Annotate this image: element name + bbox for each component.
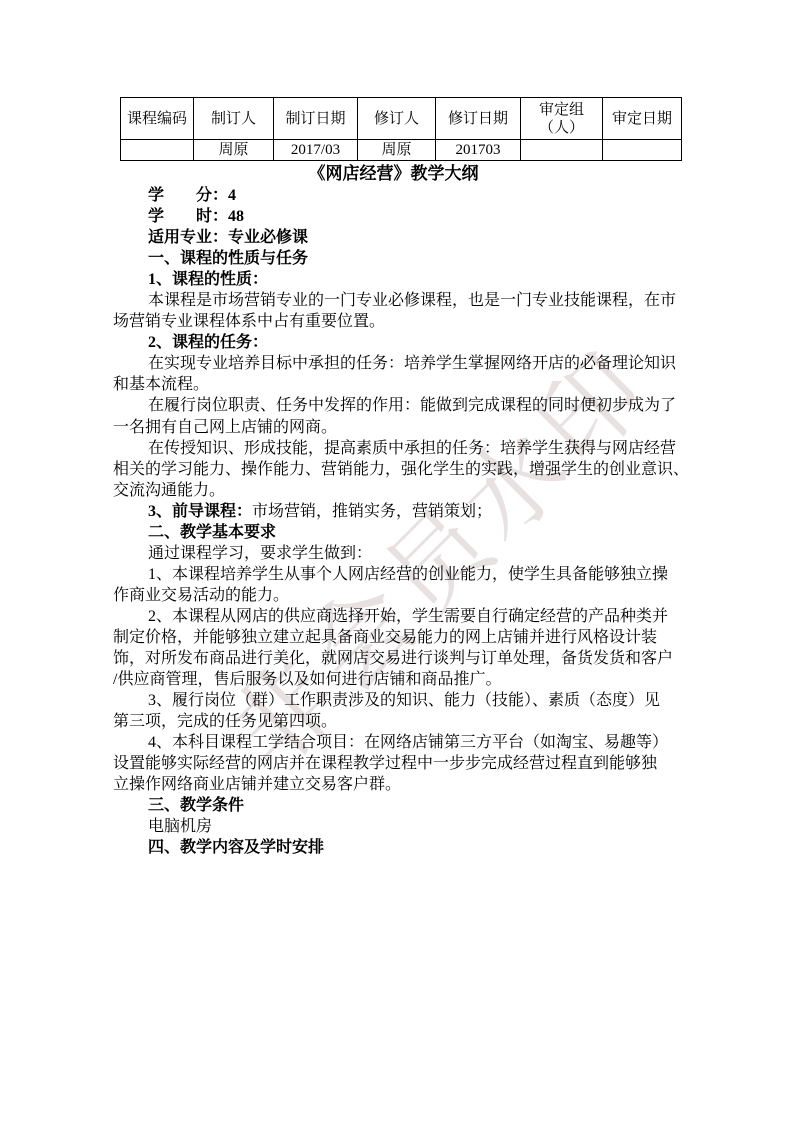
value-author: 周原 [194, 140, 274, 161]
document-line: 和基本流程。 [113, 374, 691, 395]
document-line: 3、前导课程：市场营销，推销实务，营销策划； [113, 501, 691, 522]
text-run: 设置能够实际经营的网店并在课程教学过程中一步步完成经营过程直到能够独 [113, 755, 657, 772]
document-line: 学 时：48 [113, 206, 691, 227]
text-run: 饰，对所发布商品进行美化，就网店交易进行谈判与订单处理，备货发货和客户 [113, 650, 673, 667]
text-run: 制定价格，并能够独立建立起具备商业交易能力的网上店铺并进行风格设计装 [113, 629, 657, 646]
document-line: 场营销专业课程体系中占有重要位置。 [113, 311, 691, 332]
text-run: /供应商管理，售后服务以及如何进行店铺和商品推广。 [113, 671, 501, 688]
document-line: 饰，对所发布商品进行美化，就网店交易进行谈判与订单处理，备货发货和客户 [113, 648, 691, 669]
document-line: 2、课程的任务： [113, 332, 691, 353]
document-line: 相关的学习能力、操作能力、营销能力，强化学生的实践，增强学生的创业意识、 [113, 459, 691, 480]
header-revise-date: 修订日期 [436, 98, 521, 140]
text-run: 2、本课程从网店的供应商选择开始，学生需要自行确定经营的产品种类并 [148, 608, 668, 625]
document-line: 4、本科目课程工学结合项目：在网络店铺第三方平台（如淘宝、易趣等） [113, 732, 691, 753]
value-create-date: 2017/03 [274, 140, 358, 161]
text-run: 场营销专业课程体系中占有重要位置。 [113, 313, 385, 330]
document-line: 1、课程的性质： [113, 269, 691, 290]
header-course-code: 课程编码 [121, 98, 194, 140]
document-line: 3、履行岗位（群）工作职责涉及的知识、能力（技能）、素质（态度）见 [113, 690, 691, 711]
document-body: 学 分：4学 时：48适用专业：专业必修课一、课程的性质与任务1、课程的性质：本… [113, 185, 691, 859]
bold-text-run: 学 时：48 [148, 208, 244, 225]
bold-text-run: 一、课程的性质与任务 [148, 250, 308, 267]
meta-value-row: 周原 2017/03 周原 201703 [121, 140, 682, 161]
document-line: /供应商管理，售后服务以及如何进行店铺和商品推广。 [113, 669, 691, 690]
document-line: 2、本课程从网店的供应商选择开始，学生需要自行确定经营的产品种类并 [113, 606, 691, 627]
header-author: 制订人 [194, 98, 274, 140]
document-line: 一名拥有自己网上店铺的网商。 [113, 417, 691, 438]
document-line: 在传授知识、形成技能，提高素质中承担的任务：培养学生获得与网店经营 [113, 438, 691, 459]
text-run: 相关的学习能力、操作能力、营销能力，强化学生的实践，增强学生的创业意识、 [113, 461, 689, 478]
document-line: 通过课程学习，要求学生做到： [113, 543, 691, 564]
bold-text-run: 适用专业：专业必修课 [148, 229, 308, 246]
text-run: 立操作网络商业店铺并建立交易客户群。 [113, 776, 401, 793]
value-reviser: 周原 [358, 140, 436, 161]
text-run: 电脑机房 [148, 818, 212, 835]
text-run: 在履行岗位职责、任务中发挥的作用：能做到完成课程的同时便初步成为了 [148, 397, 676, 414]
bold-text-run: 1、课程的性质： [148, 271, 268, 288]
document-line: 作商业交易活动的能力。 [113, 585, 691, 606]
meta-header-row: 课程编码 制订人 制订日期 修订人 修订日期 审定组 （人） 审定日期 [121, 98, 682, 140]
course-meta-table: 课程编码 制订人 制订日期 修订人 修订日期 审定组 （人） 审定日期 周原 2… [120, 97, 682, 161]
document-page: 课程编码 制订人 制订日期 修订人 修订日期 审定组 （人） 审定日期 周原 2… [113, 97, 691, 859]
text-run: 第三项，完成的任务见第四项。 [113, 713, 337, 730]
document-line: 设置能够实际经营的网店并在课程教学过程中一步步完成经营过程直到能够独 [113, 753, 691, 774]
text-run: 1、本课程培养学生从事个人网店经营的创业能力，使学生具备能够独立操 [148, 566, 668, 583]
document-line: 电脑机房 [113, 816, 691, 837]
document-line: 本课程是市场营销专业的一门专业必修课程，也是一门专业技能课程，在市 [113, 290, 691, 311]
text-run: 交流沟通能力。 [113, 482, 225, 499]
text-run: 4、本科目课程工学结合项目：在网络店铺第三方平台（如淘宝、易趣等） [148, 734, 668, 751]
bold-text-run: 二、教学基本要求 [148, 524, 276, 541]
bold-text-run: 四、教学内容及学时安排 [148, 839, 324, 856]
value-review-date [603, 140, 682, 161]
header-reviser: 修订人 [358, 98, 436, 140]
document-title: 《网店经营》教学大纲 [113, 163, 674, 185]
text-run: 和基本流程。 [113, 376, 209, 393]
value-review-group [521, 140, 603, 161]
bold-text-run: 2、课程的任务： [148, 334, 268, 351]
header-create-date: 制订日期 [274, 98, 358, 140]
document-line: 交流沟通能力。 [113, 480, 691, 501]
document-line: 制定价格，并能够独立建立起具备商业交易能力的网上店铺并进行风格设计装 [113, 627, 691, 648]
bold-text-run: 学 分：4 [148, 187, 236, 204]
text-run: 3、履行岗位（群）工作职责涉及的知识、能力（技能）、素质（态度）见 [148, 692, 660, 709]
text-run: 在传授知识、形成技能，提高素质中承担的任务：培养学生获得与网店经营 [148, 440, 676, 457]
document-line: 在实现专业培养目标中承担的任务：培养学生掌握网络开店的必备理论知识 [113, 353, 691, 374]
value-course-code [121, 140, 194, 161]
header-review-group: 审定组 （人） [521, 98, 603, 140]
value-revise-date: 201703 [436, 140, 521, 161]
text-run: 在实现专业培养目标中承担的任务：培养学生掌握网络开店的必备理论知识 [148, 355, 676, 372]
document-line: 三、教学条件 [113, 795, 691, 816]
document-line: 第三项，完成的任务见第四项。 [113, 711, 691, 732]
text-run: 作商业交易活动的能力。 [113, 587, 289, 604]
text-run: 市场营销，推销实务，营销策划； [252, 503, 492, 520]
text-run: 一名拥有自己网上店铺的网商。 [113, 419, 337, 436]
header-review-date: 审定日期 [603, 98, 682, 140]
document-line: 立操作网络商业店铺并建立交易客户群。 [113, 774, 691, 795]
document-line: 二、教学基本要求 [113, 522, 691, 543]
document-line: 在履行岗位职责、任务中发挥的作用：能做到完成课程的同时便初步成为了 [113, 395, 691, 416]
document-line: 一、课程的性质与任务 [113, 248, 691, 269]
document-line: 适用专业：专业必修课 [113, 227, 691, 248]
document-line: 四、教学内容及学时安排 [113, 837, 691, 858]
bold-text-run: 三、教学条件 [148, 797, 244, 814]
document-line: 学 分：4 [113, 185, 691, 206]
document-line: 1、本课程培养学生从事个人网店经营的创业能力，使学生具备能够独立操 [113, 564, 691, 585]
text-run: 本课程是市场营销专业的一门专业必修课程，也是一门专业技能课程，在市 [148, 292, 676, 309]
text-run: 通过课程学习，要求学生做到： [148, 545, 372, 562]
bold-text-run: 3、前导课程： [148, 503, 252, 520]
